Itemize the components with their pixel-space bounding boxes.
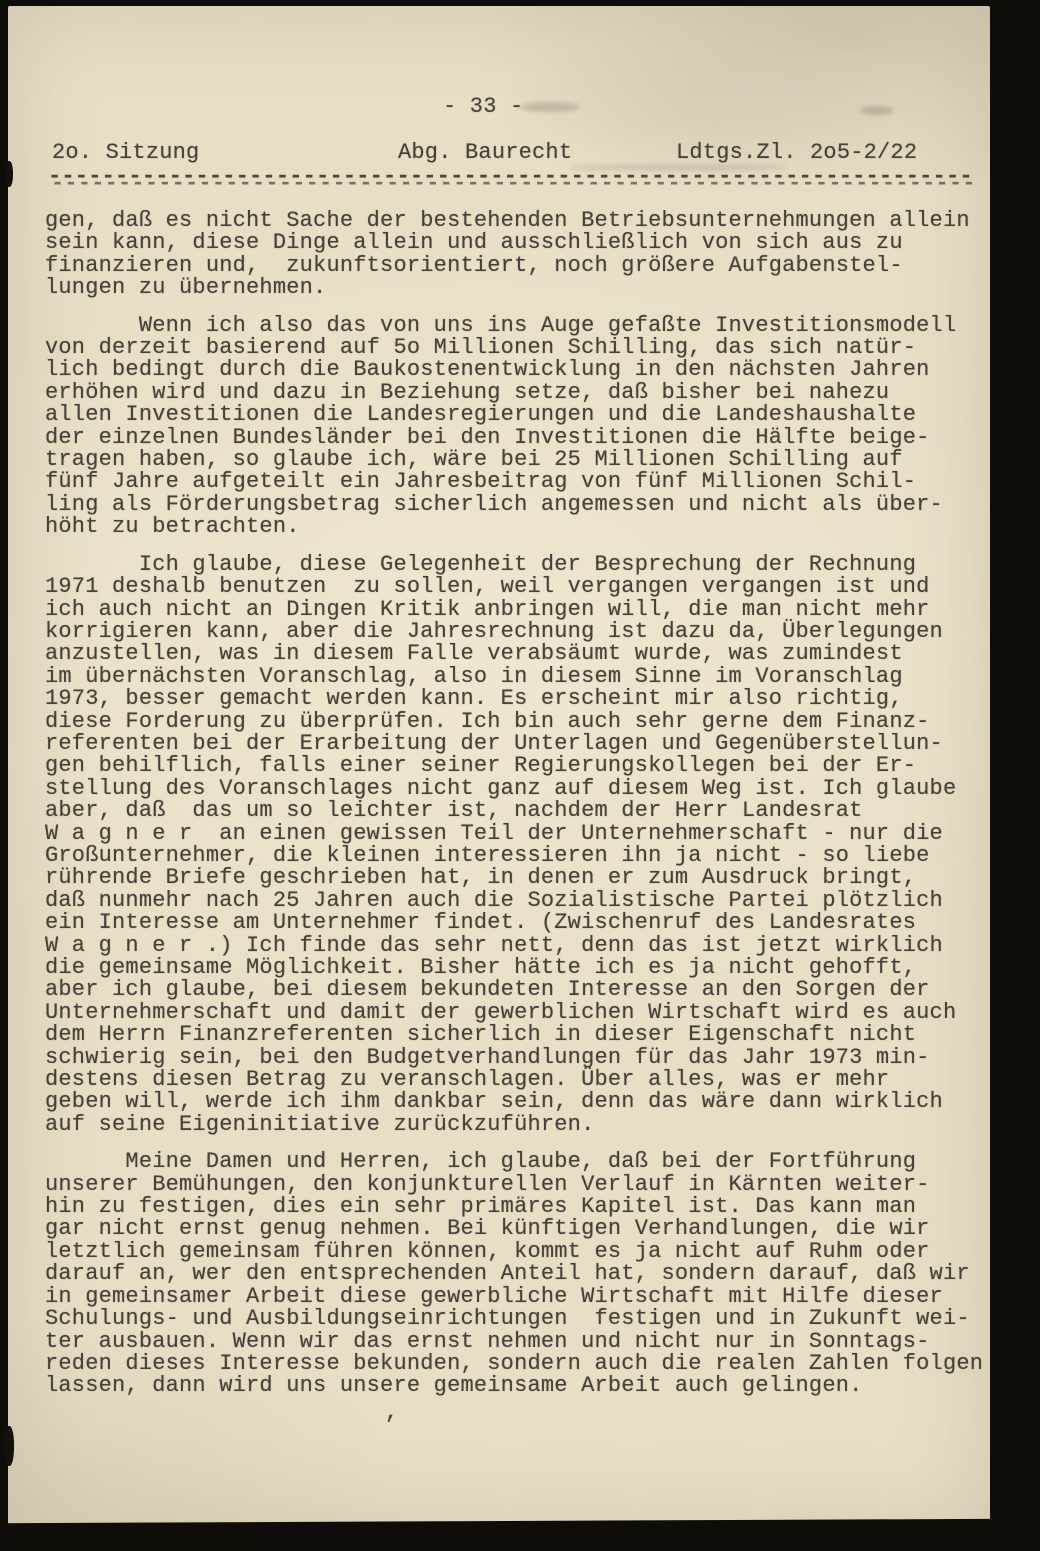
paragraph: Ich glaube, diese Gelegenheit der Bespre…	[45, 554, 995, 1137]
scan-bottom-edge	[0, 1519, 1008, 1545]
smudge-mark	[520, 102, 580, 112]
paragraph: gen, daß es nicht Sache der bestehenden …	[45, 210, 995, 300]
paragraph: Meine Damen und Herren, ich glaube, daß …	[45, 1151, 995, 1397]
smudge-mark	[860, 106, 894, 115]
paragraph: Wenn ich also das von uns ins Auge gefaß…	[45, 315, 995, 539]
document-body: gen, daß es nicht Sache der bestehenden …	[45, 210, 995, 1413]
header-divider-dashes: ----------------------------------------…	[48, 166, 973, 188]
speaker-label: Abg. Baurecht	[398, 142, 572, 164]
reference-number: Ldtgs.Zl. 2o5-2/22	[676, 142, 917, 164]
scan-edge-ink-mark	[5, 161, 13, 187]
scan-background: - 33 - 2o. Sitzung Abg. Baurecht Ldtgs.Z…	[0, 0, 1040, 1551]
page-number: - 33 -	[443, 96, 523, 118]
document-page: - 33 - 2o. Sitzung Abg. Baurecht Ldtgs.Z…	[8, 6, 990, 1531]
session-label: 2o. Sitzung	[52, 142, 199, 164]
scan-edge-ink-mark	[4, 1426, 14, 1466]
smudge-mark	[568, 164, 788, 171]
stray-comma-mark: ,	[385, 1402, 398, 1424]
